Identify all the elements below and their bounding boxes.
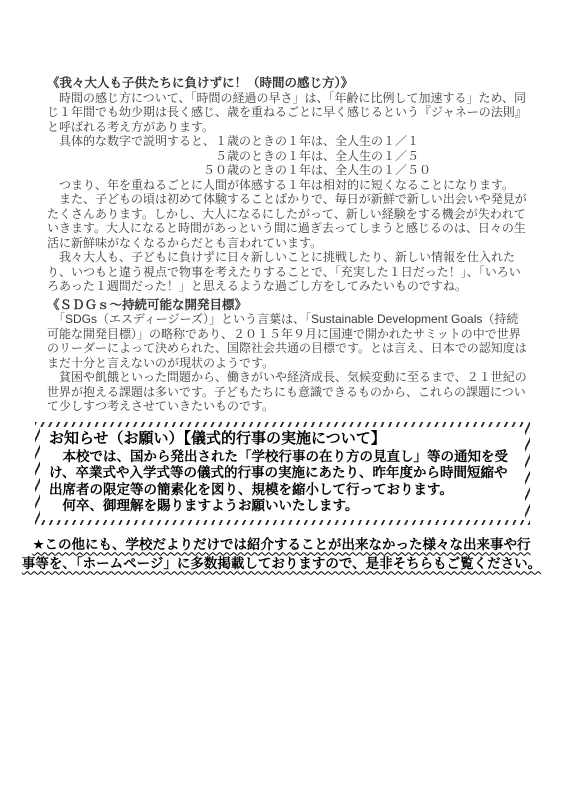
sdgs-paragraph-2: 貧困や飢餓といった問題から、働きがいや経済成長、気候変動に至るまで、２１世紀の世… <box>47 370 529 414</box>
section-sdgs: 《ＳＤＧｓ～持続可能な開発目標》 「SDGs（エスディージーズ）」という言葉は、… <box>47 298 529 414</box>
notice-box: お知らせ（お願い）【儀式的行事の実施について】 本校では、国から発出された「学校… <box>40 427 525 520</box>
sdgs-section-heading: 《ＳＤＧｓ～持続可能な開発目標》 <box>47 298 529 313</box>
time-example-line-3: ５０歳のときの１年は、全人生の１／５０ <box>47 163 529 178</box>
time-paragraph-3: また、子どもの頃は初めて体験することばかりで、毎日が新鮮で新しい出会いや発見がた… <box>47 192 529 250</box>
footer-banner: ★この他にも、学校だよりだけでは紹介することが出来なかった様々な出来事や行 事等… <box>13 535 550 573</box>
time-section-heading: 《我々大人も子供たちに負けずに！（時間の感じ方）》 <box>47 76 529 91</box>
section-time-perception: 《我々大人も子供たちに負けずに！（時間の感じ方）》 時間の感じ方について、「時間… <box>47 76 529 294</box>
newsletter-body: 《我々大人も子供たちに負けずに！（時間の感じ方）》 時間の感じ方について、「時間… <box>47 76 529 573</box>
newsletter-page: 《我々大人も子供たちに負けずに！（時間の感じ方）》 時間の感じ方について、「時間… <box>0 0 566 800</box>
footer-banner-line-1: ★この他にも、学校だよりだけでは紹介することが出来なかった様々な出来事や行 <box>13 535 550 554</box>
notice-body-2: 何卒、御理解を賜りますようお願いいたします。 <box>49 498 516 515</box>
time-example-line-2: ５歳のときの１年は、全人生の１／５ <box>47 149 529 164</box>
notice-box-decorative-frame: お知らせ（お願い）【儀式的行事の実施について】 本校では、国から発出された「学校… <box>35 422 530 525</box>
sdgs-paragraph-1: 「SDGs（エスディージーズ）」という言葉は、「Sustainable Deve… <box>47 312 529 370</box>
notice-body-1: 本校では、国から発出された「学校行事の在り方の見直し」等の通知を受け、卒業式や入… <box>49 449 516 499</box>
notice-title: お知らせ（お願い）【儀式的行事の実施について】 <box>49 430 516 449</box>
time-paragraph-4: 我々大人も、子どもに負けずに日々新しいことに挑戦したり、新しい情報を仕入れたり、… <box>47 250 529 294</box>
time-paragraph-1: 時間の感じ方について、「時間の経過の早さ」は、「年齢に比例して加速する」ため、同… <box>47 91 529 135</box>
footer-banner-line-2: 事等を、「ホームページ」に多数掲載しておりますので、是非そちらもご覧ください。 <box>13 554 550 573</box>
time-paragraph-2: つまり、年を重ねるごとに人間が体感する１年は相対的に短くなることになります。 <box>47 178 529 193</box>
time-example-line-1: 具体的な数字で説明すると、１歳のときの１年は、全人生の１／１ <box>47 134 529 149</box>
